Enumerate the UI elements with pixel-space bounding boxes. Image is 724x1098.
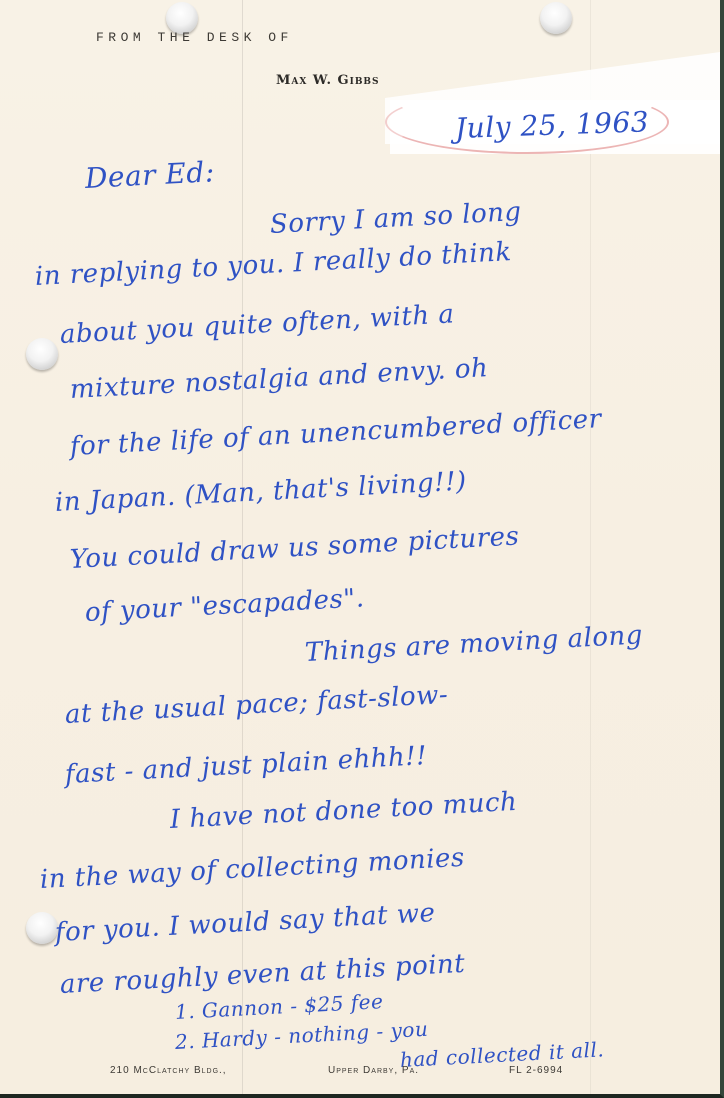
- letter-line: in Japan. (Man, that's living!!): [54, 466, 467, 518]
- footer-city: Upper Darby, Pa.: [328, 1065, 419, 1076]
- letter-line: for the life of an unencumbered officer: [69, 404, 602, 462]
- fold-line: [590, 0, 591, 1094]
- letter-line: of your "escapades".: [84, 583, 365, 628]
- letter-line: in replying to you. I really do think: [34, 237, 512, 292]
- letter-date: July 25, 1963: [454, 105, 649, 145]
- footer-phone: FL 2-6994: [509, 1065, 563, 1076]
- letter-line: 1. Gannon - $25 fee: [174, 989, 384, 1024]
- letter-line: I have not done too much: [169, 787, 518, 835]
- letterhead-from: FROM THE DESK OF: [96, 30, 293, 45]
- letterhead-name: Max W. Gibbs: [276, 73, 380, 88]
- letter-page: FROM THE DESK OF Max W. Gibbs July 25, 1…: [0, 0, 724, 1098]
- letter-line: about you quite often, with a: [59, 299, 455, 350]
- letter-line: Sorry I am so long: [269, 197, 522, 240]
- letter-line: You could draw us some pictures: [69, 521, 520, 575]
- letter-line: in the way of collecting monies: [39, 843, 465, 895]
- letter-line: 2. Hardy - nothing - you: [174, 1017, 428, 1054]
- salutation: Dear Ed:: [84, 155, 215, 195]
- letter-line: Things are moving along: [304, 620, 643, 668]
- hole-punch: [540, 2, 572, 34]
- hole-punch: [26, 338, 58, 370]
- letter-line: fast - and just plain ehhh!!: [64, 741, 428, 790]
- hole-punch: [26, 912, 58, 944]
- footer-address: 210 McClatchy Bldg.,: [110, 1065, 227, 1076]
- letter-line: had collected it all.: [399, 1037, 604, 1072]
- letter-line: at the usual pace; fast-slow-: [64, 680, 449, 730]
- letter-line: are roughly even at this point: [59, 949, 466, 1000]
- letter-line: for you. I would say that we: [54, 898, 436, 948]
- letter-line: mixture nostalgia and envy. oh: [69, 353, 489, 405]
